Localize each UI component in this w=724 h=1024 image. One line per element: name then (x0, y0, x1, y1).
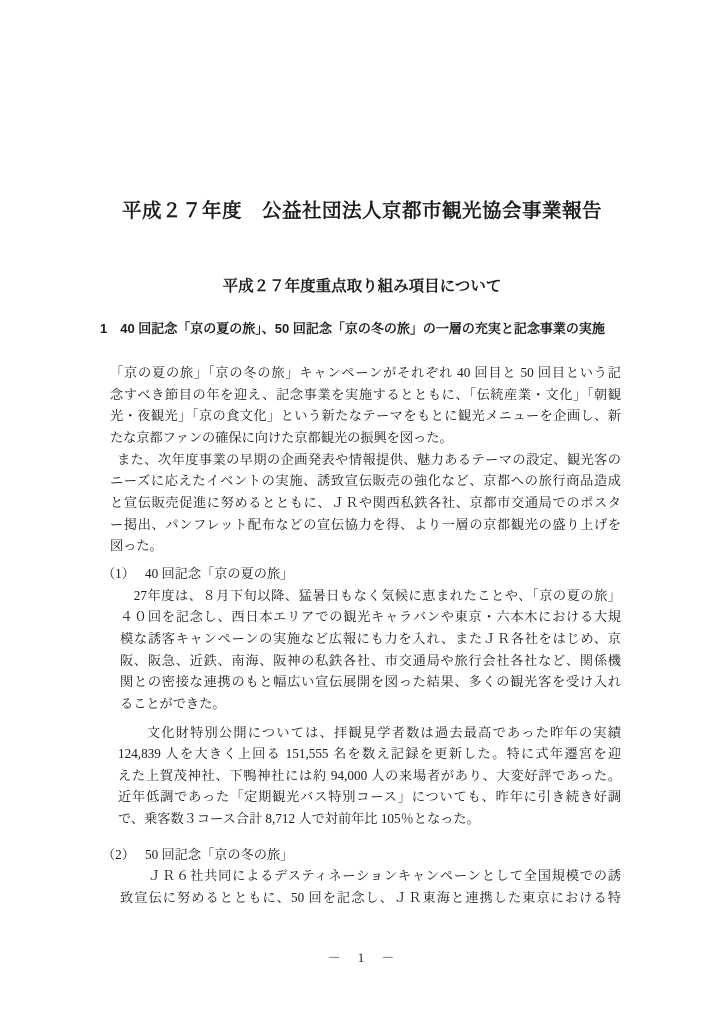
list-item-1-heading: （1） 40 回記念「京の夏の旅」 (102, 563, 724, 585)
text-line: ４０回を記念し、西日本エリアでの観光キャラバンや東京・六本木における大規 (120, 606, 621, 628)
document-subtitle: 平成２７年度重点取り組み項目について (0, 277, 724, 297)
text-line: 近年低調であった「定期観光バス特別コース」についても、昨年に引き続き好調 (118, 786, 621, 808)
text-line: で、乗客数３コース合計 8,712 人で対前年比 105％となった。 (118, 808, 621, 830)
list-item-1-paragraph-2: 文化財特別公開については、拝観見学者数は過去最高であった昨年の実績124,839… (118, 722, 621, 830)
text-line: 27年度は、８月下旬以降、猛暑日もなく気候に恵まれたことや、「京の夏の旅」 (120, 585, 621, 607)
list-item-2-paragraph-1: ＪＲ６社共同によるデスティネーションキャンペーンとして全国規模での誘致宣伝に努め… (120, 865, 621, 908)
text-line: 光・夜観光」「京の食文化」という新たなテーマをもとに観光メニューを企画し、新 (110, 405, 621, 427)
text-line: 関との密接な連携のもと幅広い宣伝展開を図った結果、多くの観光客を受け入れ (120, 671, 621, 693)
list-item-1-label: （1） (102, 563, 135, 585)
text-line: 念すべき節目の年を迎え、記念事業を実施するとともに、「伝統産業・文化」「朝観 (110, 384, 621, 406)
text-line: 124,839 人を大きく上回る 151,555 名を数え記録を更新した。特に式… (118, 743, 621, 765)
list-item-2-label: （2） (102, 844, 135, 866)
text-line: えた上賀茂神社、下鴨神社には約 94,000 人の来場者があり、大変好評であった… (118, 765, 621, 787)
text-line: 阪、阪急、近鉄、南海、阪神の私鉄各社、市交通局や旅行会社各社など、関係機 (120, 650, 621, 672)
list-item-1-title: 40 回記念「京の夏の旅」 (145, 563, 293, 585)
text-line: 「京の夏の旅」「京の冬の旅」キャンペーンがそれぞれ 40 回目と 50 回目とい… (110, 362, 621, 384)
page-number: － 1 － (0, 948, 724, 968)
list-item-1-paragraph-1: 27年度は、８月下旬以降、猛暑日もなく気候に恵まれたことや、「京の夏の旅」４０回… (120, 585, 621, 715)
text-line: また、次年度事業の早期の企画発表や情報提供、魅力あるテーマの設定、観光客の (110, 449, 621, 471)
text-line: ー掲出、パンフレット配布などの宣伝協力を得、より一層の京都観光の盛り上げを (110, 514, 621, 536)
document-title: 平成２７年度 公益社団法人京都市観光協会事業報告 (0, 199, 724, 223)
text-line: ＪＲ６社共同によるデスティネーションキャンペーンとして全国規模での誘 (120, 865, 621, 887)
text-line: と宣伝販売促進に努めるとともに、ＪＲや関西私鉄各社、京都市交通局でのポスタ (110, 492, 621, 514)
list-item-2-title: 50 回記念「京の冬の旅」 (145, 844, 293, 866)
text-line: たな京都ファンの確保に向けた京都観光の振興を図った。 (110, 427, 621, 449)
intro-paragraph-2: また、次年度事業の早期の企画発表や情報提供、魅力あるテーマの設定、観光客のニーズ… (110, 449, 621, 557)
intro-paragraph-1: 「京の夏の旅」「京の冬の旅」キャンペーンがそれぞれ 40 回目と 50 回目とい… (110, 362, 621, 449)
section-heading-text: 40 回記念「京の夏の旅」、50 回記念「京の冬の旅」の一層の充実と記念事業の実… (120, 319, 621, 339)
text-line: ニーズに応えたイベントの実施、誘致宣伝販売の強化など、京都への旅行商品造成 (110, 470, 621, 492)
list-item-2-heading: （2） 50 回記念「京の冬の旅」 (102, 844, 724, 866)
section-heading: 1 40 回記念「京の夏の旅」、50 回記念「京の冬の旅」の一層の充実と記念事業… (100, 319, 621, 339)
section-number: 1 (100, 319, 107, 339)
text-line: 文化財特別公開については、拝観見学者数は過去最高であった昨年の実績 (118, 722, 621, 744)
document-page: 平成２７年度 公益社団法人京都市観光協会事業報告 平成２７年度重点取り組み項目に… (0, 0, 724, 1024)
text-line: ることができた。 (120, 693, 621, 715)
text-line: 図った。 (110, 535, 621, 557)
text-line: 模な誘客キャンペーンの実施など広報にも力を入れ、またＪＲ各社をはじめ、京 (120, 628, 621, 650)
text-line: 致宣伝に努めるとともに、50 回を記念し、ＪＲ東海と連携した東京における特 (120, 887, 621, 909)
